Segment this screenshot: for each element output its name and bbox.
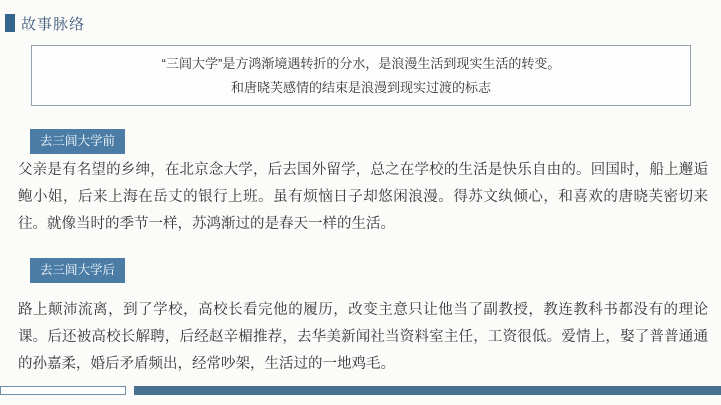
slide-title: 故事脉络 <box>21 13 85 34</box>
section-label-before-university: 去三闾大学前 <box>30 129 125 154</box>
summary-line-1: “三闾大学”是方鸿渐境遇转折的分水，是浪漫生活到现实生活的转变。 <box>162 52 561 76</box>
bottom-bar-solid <box>134 386 721 395</box>
section-body-after-university: 路上颠沛流离，到了学校，高校长看完他的履历，改变主意只让他当了副教授，教连教科书… <box>18 297 708 378</box>
presentation-slide: 故事脉络 “三闾大学”是方鸿渐境遇转折的分水，是浪漫生活到现实生活的转变。 和唐… <box>0 0 721 405</box>
section-label-after-university: 去三闾大学后 <box>30 258 125 283</box>
summary-box: “三闾大学”是方鸿渐境遇转折的分水，是浪漫生活到现实生活的转变。 和唐晓芙感情的… <box>31 45 691 106</box>
title-accent-square <box>5 14 15 32</box>
section-body-before-university: 父亲是有名望的乡绅，在北京念大学，后去国外留学，总之在学校的生活是快乐自由的。回… <box>18 157 708 238</box>
summary-line-2: 和唐晓芙感情的结束是浪漫到现实过渡的标志 <box>231 76 491 100</box>
bottom-bar-outlined <box>0 386 126 395</box>
